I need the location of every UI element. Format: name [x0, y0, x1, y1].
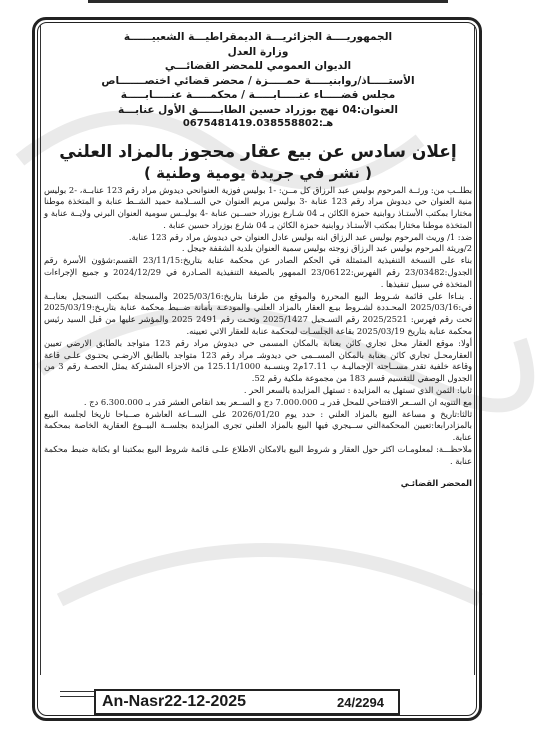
office-address: العنوان:04 نهج بوزراد حسين الطابــــــق … [44, 103, 472, 118]
notice-content: الجمهوريــــة الجزائريـــة الديمقراطيـــ… [44, 30, 472, 488]
notice-body: بطلــب من: ورثــة المرحوم بوليس عبد الرز… [44, 185, 472, 468]
signature: المحضر القضائـي [44, 478, 472, 488]
frame-left-rule [40, 25, 41, 675]
ministry-name: وزارة العدل [44, 45, 472, 60]
paragraph-against-2: 2/وريثة المرحوم بوليس عبد الرزاق زوجته ب… [44, 243, 472, 255]
issuer-header: الجمهوريــــة الجزائريـــة الديمقراطيـــ… [44, 30, 472, 132]
bailiff-name: الأستـــــاذ/روابنيـــــة حمـــــزة / مح… [44, 74, 472, 89]
paragraph-against-1: ضد: 1/ وريث المرحوم بوليس عبد الرزاق ابن… [44, 232, 472, 244]
paragraph-requesters: بطلــب من: ورثــة المرحوم بوليس عبد الرز… [44, 185, 472, 232]
paragraph-auction-date: ثالثا:تاريخ و مساعة البيع بالمزاد العلني… [44, 409, 472, 444]
jurisdiction: مجلس قضـــــاء عنـــــابـــــة / محكمـــ… [44, 88, 472, 103]
paragraph-note: ملاحظـــة: لمعلومـات اكثر حول العقار و ش… [44, 444, 472, 468]
footer-rule [60, 691, 95, 697]
notice-subtitle: ( نشر في جريدة يومية وطنية ) [44, 163, 472, 183]
notice-title: إعلان سادس عن بيع عقار محجوز بالمزاد الع… [44, 141, 472, 163]
publication-source: An-Nasr22-12-2025 [102, 693, 246, 711]
office-phone: هـ:0675481419.038558802 [44, 117, 472, 132]
paragraph-property: أولا: موقع العقار محل تجاري كائن بعنابة … [44, 338, 472, 385]
paragraph-opening-price: ثانيا: الثمن الذي تستهل به المزايدة : تس… [44, 385, 472, 397]
office-name: الديوان العمومي للمحضر القضائـــي [44, 59, 472, 74]
publication-footer: An-Nasr22-12-2025 24/2294 [94, 689, 400, 715]
publication-reference: 24/2294 [337, 695, 384, 710]
frame-right-rule [474, 25, 475, 675]
paragraph-price-note: مع التنويه ان الســعر الافتتاحي للمحل قد… [44, 397, 472, 409]
country-name: الجمهوريــــة الجزائريـــة الديمقراطيـــ… [44, 30, 472, 45]
top-rule [88, 0, 448, 3]
paragraph-judgment: بناء على النسخة التنفيذية المتمثلة في ال… [44, 255, 472, 290]
paragraph-conditions: . بنـاءا على قائمة شـروط البيع المحررة و… [44, 291, 472, 338]
